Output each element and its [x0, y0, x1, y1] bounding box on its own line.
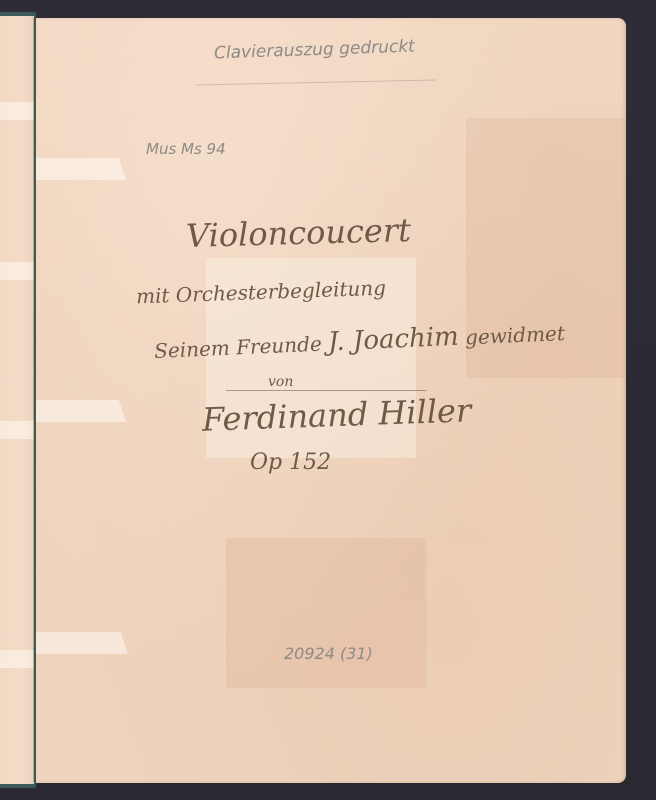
- scanned-document-view: Clavierauszug gedruckt Mus Ms 94 Violonc…: [0, 0, 656, 800]
- pencil-note-top: Clavierauszug gedruckt: [214, 37, 415, 64]
- dedication-suffix: gewidmet: [465, 321, 566, 349]
- dedication-prefix: Seinem Freunde: [154, 332, 323, 363]
- guard-tab: [36, 158, 126, 180]
- guard-strip: [0, 262, 34, 280]
- title: Violoncoucert: [186, 211, 412, 255]
- guard-tab: [36, 400, 126, 422]
- guard-strip: [0, 102, 34, 120]
- shelfmark: Mus Ms 94: [146, 140, 226, 158]
- composer-signature: Ferdinand Hiller: [201, 391, 471, 438]
- opus-number: Op 152: [250, 450, 331, 475]
- guard-strip: [0, 421, 34, 439]
- paper-stain: [226, 538, 426, 688]
- title-page: Clavierauszug gedruckt Mus Ms 94 Violonc…: [36, 18, 626, 783]
- signature-rule: [226, 390, 426, 391]
- guard-strip: [0, 650, 34, 668]
- inventory-number: 20924 (31): [284, 644, 373, 663]
- left-page-fragment: [0, 16, 34, 784]
- guard-tab: [36, 632, 128, 654]
- pencil-underline: [196, 79, 436, 85]
- by-word: von: [268, 374, 293, 390]
- dedicatee: J. Joachim: [327, 322, 459, 358]
- binding-line: [33, 18, 34, 782]
